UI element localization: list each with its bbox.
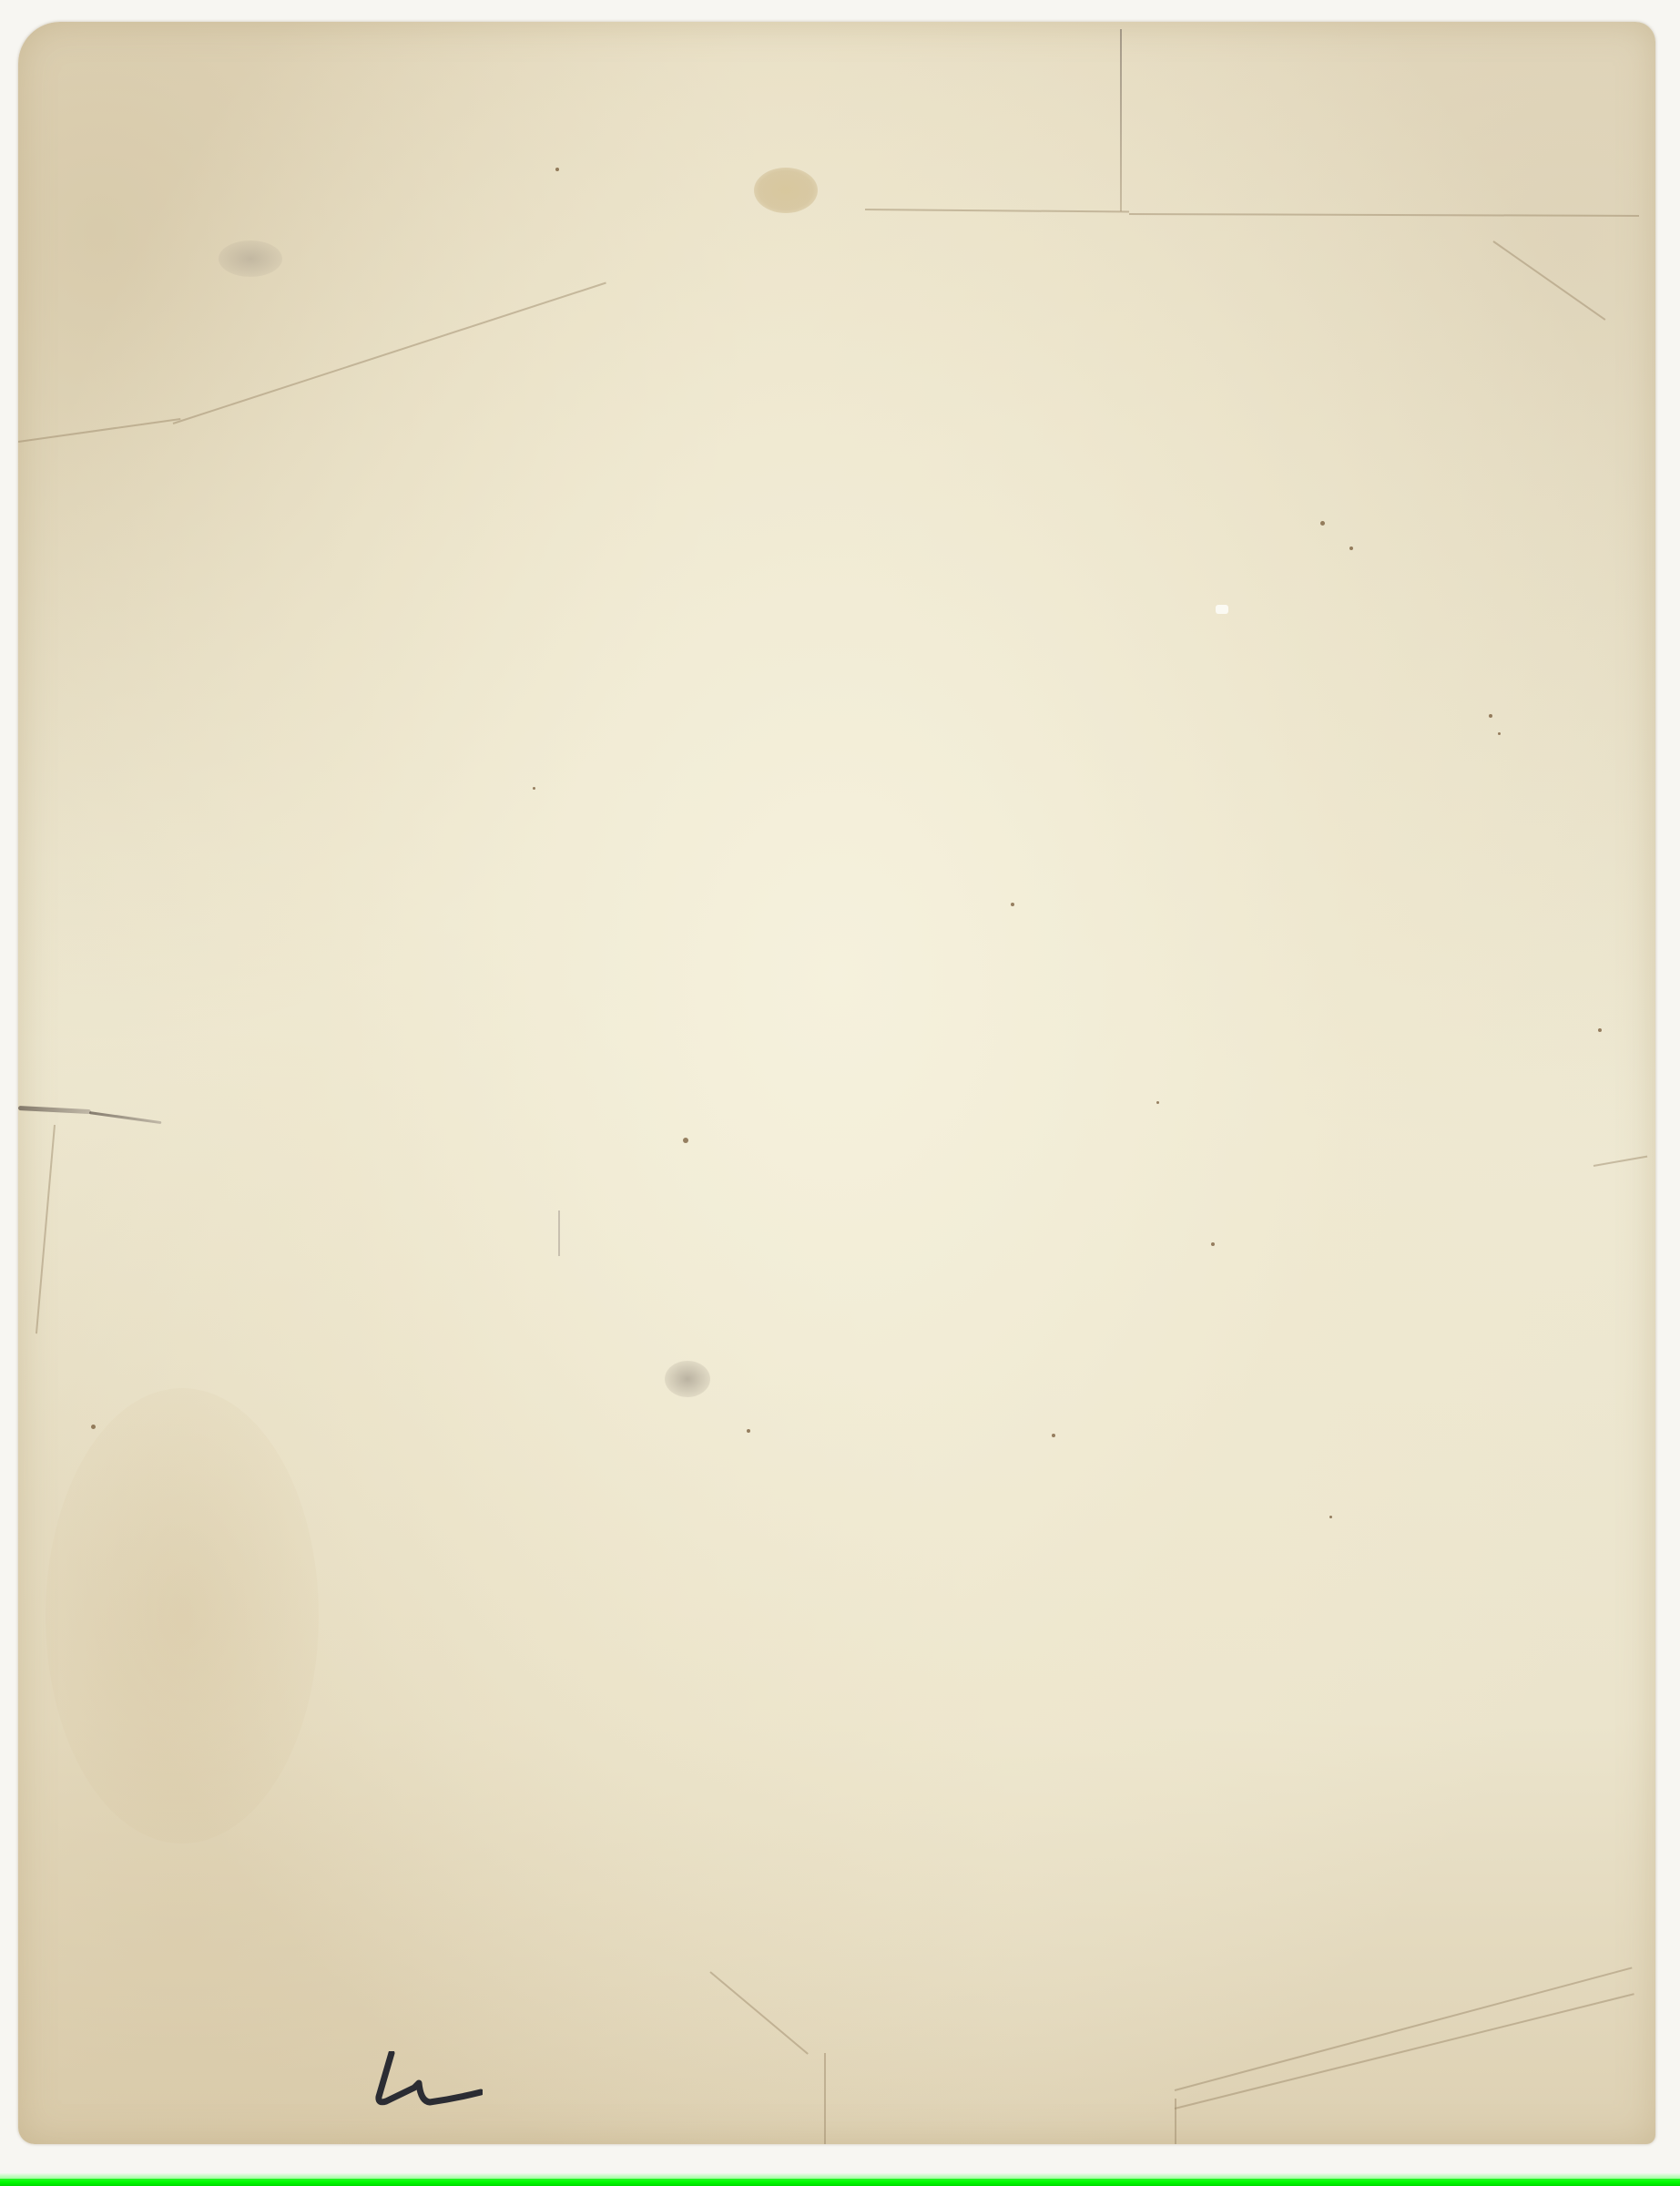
scratch [558, 1210, 560, 1256]
speck [1156, 1101, 1159, 1104]
fold-crease [36, 1125, 56, 1333]
speck [1349, 546, 1353, 550]
speck [1320, 521, 1325, 526]
edge-tear [18, 1106, 91, 1114]
footer-bar [0, 2179, 1680, 2186]
aged-paper-sheet [18, 22, 1655, 2144]
speck [747, 1429, 750, 1433]
handwritten-mark-icon [373, 2051, 483, 2115]
smudge-stain [665, 1361, 710, 1397]
speck [683, 1138, 688, 1143]
edge-tear [89, 1111, 162, 1124]
smudge-stain [219, 240, 282, 277]
speck [555, 168, 559, 171]
fold-crease [865, 209, 1129, 213]
speck [91, 1425, 96, 1429]
fold-crease [1492, 240, 1605, 321]
fold-crease [1175, 1966, 1633, 2091]
speck [1052, 1434, 1055, 1437]
speck [1489, 714, 1492, 718]
fold-crease [18, 418, 180, 443]
speck [1011, 903, 1014, 906]
speck [1329, 1516, 1332, 1518]
fold-crease [1120, 29, 1122, 211]
speck [1498, 732, 1501, 735]
fold-crease [173, 282, 606, 424]
handwritten-mark-text: u [0, 0, 1, 1]
paper-chip [1216, 605, 1228, 614]
speck [1211, 1242, 1215, 1246]
fold-crease [709, 1971, 809, 2055]
fold-crease [824, 2053, 826, 2144]
speck [533, 787, 535, 790]
fold-crease [1593, 1156, 1647, 1167]
page-canvas: u [0, 0, 1680, 2186]
fold-crease [1175, 2099, 1176, 2144]
foxing-stain [46, 1388, 319, 1844]
speck [1598, 1028, 1602, 1032]
fold-crease [1175, 1993, 1634, 2109]
fold-crease [1129, 213, 1639, 217]
water-stain [754, 168, 818, 213]
